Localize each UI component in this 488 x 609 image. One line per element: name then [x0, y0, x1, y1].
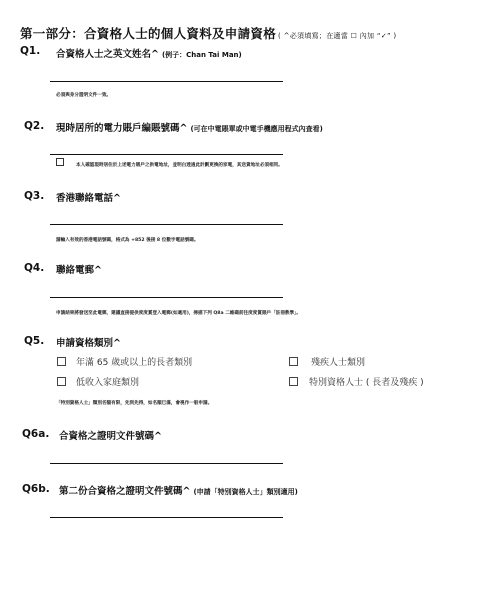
question-label-text: 合資格人士之英文姓名^ — [56, 49, 159, 60]
section-title: 第一部分：合資格人士的個人資料及申請資格( ^必須填寫；在適當 ☐ 內加 “✓”… — [20, 24, 396, 42]
question-label-text: 現時居所的電力賬戶編賬號碼^ — [56, 123, 187, 134]
question-label: 聯絡電郵^ — [56, 262, 102, 276]
question-number: Q1. — [20, 45, 40, 57]
question-number: Q5. — [24, 335, 44, 347]
question-label: 申請資格類別^ — [56, 335, 121, 349]
question-note: 申請結果將發送至此電郵，建議直接提供度度賞登入電郵(如適用)，掃描下列 Q8a … — [56, 310, 301, 316]
checkbox[interactable] — [289, 377, 298, 386]
option-label: 殘疾人士類別 — [311, 355, 365, 368]
proof-document-input[interactable] — [50, 463, 283, 464]
question-label: 現時居所的電力賬戶編賬號碼^(可在中電賬單或中電手機應用程式內查看) — [56, 120, 323, 134]
question-label: 香港聯絡電話^ — [56, 190, 121, 204]
question-label: 合資格之證明文件號碼^ — [59, 428, 162, 442]
checkbox[interactable] — [57, 377, 66, 386]
english-name-input[interactable] — [50, 81, 283, 82]
address-confirm-checkbox[interactable] — [56, 158, 64, 166]
second-proof-document-input[interactable] — [50, 517, 283, 518]
section-instructions: ( ^必須填寫；在適當 ☐ 內加 “✓” ) — [278, 32, 396, 40]
option-label: 年滿 65 歲或以上的長者類別 — [76, 355, 192, 368]
question-hint: (可在中電賬單或中電手機應用程式內查看) — [190, 125, 322, 133]
question-note: 請輸入有效的香港電話號碼，格式為 +852 後接 8 位數字電話號碼。 — [56, 237, 198, 243]
checkbox[interactable] — [289, 357, 298, 366]
question-number: Q6a. — [22, 428, 49, 440]
question-label: 第二份合資格之證明文件號碼^(申請「特別資格人士」類別適用) — [59, 483, 298, 497]
electricity-account-input[interactable] — [50, 154, 283, 155]
question-note: 「特別資格人士」類別名額有限，先到先得，如名額已滿，會視作一般申請。 — [56, 400, 212, 406]
email-input[interactable] — [50, 297, 283, 298]
option-label: 特別資格人士 ( 長者及殘疾 ) — [309, 375, 424, 388]
question-label: 合資格人士之英文姓名^(例子：Chan Tai Man) — [56, 46, 242, 60]
question-number: Q3. — [24, 190, 44, 202]
option-label: 低收入家庭類別 — [76, 375, 139, 388]
question-number: Q4. — [24, 262, 44, 274]
section-title-text: 第一部分：合資格人士的個人資料及申請資格 — [20, 26, 276, 41]
question-number: Q6b. — [22, 483, 50, 495]
question-note: 必須與身分證明文件一致。 — [56, 92, 111, 98]
question-label-text: 第二份合資格之證明文件號碼^ — [59, 486, 190, 497]
question-hint: (申請「特別資格人士」類別適用) — [193, 488, 297, 496]
phone-input[interactable] — [50, 224, 283, 225]
checkbox-note: 本人確認現時居住於上述電力賬戶之供電地址，並明白透過此計劃更換的家電，其送貨地址… — [76, 162, 283, 168]
question-number: Q2. — [24, 120, 44, 132]
checkbox[interactable] — [57, 357, 66, 366]
question-hint: (例子：Chan Tai Man) — [162, 51, 242, 59]
